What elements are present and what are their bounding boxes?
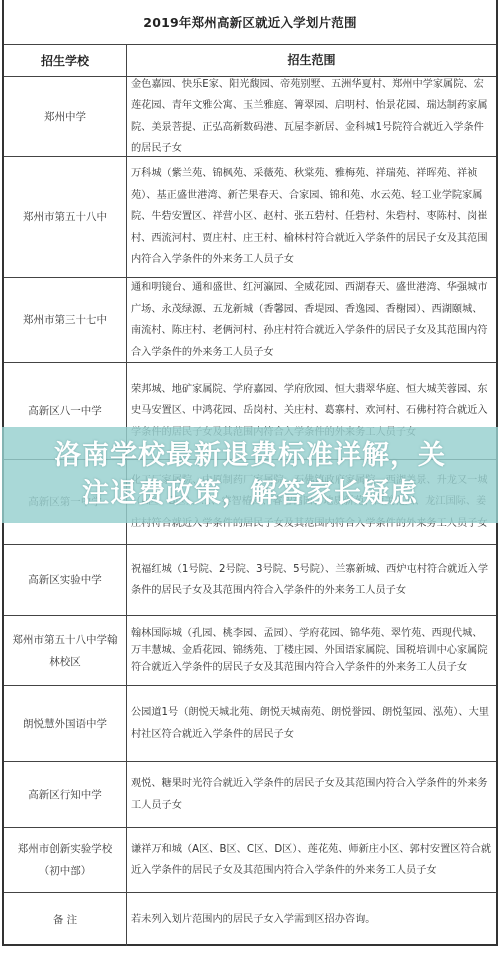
remarks-label: 备 注 xyxy=(4,893,127,946)
table-header-row: 招生学校 招生范围 xyxy=(4,45,496,77)
school-name: 郑州市第五十八中学翰林校区 xyxy=(4,616,127,685)
enrollment-range: 观悦、糖果时光符合就近入学条件的居民子女及其范围内符合入学条件的外来务工人员子女 xyxy=(127,762,496,827)
school-name: 朗悦慧外国语中学 xyxy=(4,686,127,761)
enrollment-range: 翰林国际城（孔园、桃李园、孟园）、学府花园、锦华苑、翠竹苑、西现代城、万丰慧城、… xyxy=(127,616,496,685)
overlay-banner: 洛南学校最新退费标准详解，关 注退费政策，解答家长疑虑 xyxy=(2,427,498,523)
table-row: 朗悦慧外国语中学 公园道1号（朗悦天城北苑、朗悦天城南苑、朗悦誉园、朗悦玺园、泓… xyxy=(4,686,496,762)
school-name: 郑州市第三十七中 xyxy=(4,278,127,362)
table-row: 高新区实验中学 祝福红城（1号院、2号院、3号院、5号院）、兰寨新城、西炉屯村符… xyxy=(4,545,496,616)
table-row: 高新区行知中学 观悦、糖果时光符合就近入学条件的居民子女及其范围内符合入学条件的… xyxy=(4,762,496,828)
enrollment-range: 金色嘉园、快乐E家、阳光馥园、帝苑别墅、五洲华夏村、郑州中学家属院、宏莲花园、青… xyxy=(127,77,496,156)
school-name: 郑州市创新实验学校（初中部） xyxy=(4,828,127,892)
school-name: 郑州市第五十八中 xyxy=(4,157,127,277)
school-name: 郑州中学 xyxy=(4,77,127,156)
table-row: 郑州市创新实验学校（初中部） 谦祥万和城（A区、B区、C区、D区）、莲花苑、师新… xyxy=(4,828,496,893)
banner-headline-line2: 注退费政策，解答家长疑虑 xyxy=(62,475,438,513)
enrollment-range: 万科城（紫兰苑、锦枫苑、采薇苑、秋棠苑、雅梅苑、祥瑞苑、祥晖苑、祥祯苑）、基正盛… xyxy=(127,157,496,277)
column-header-range: 招生范围 xyxy=(127,45,496,76)
enrollment-range: 公园道1号（朗悦天城北苑、朗悦天城南苑、朗悦誉园、朗悦玺园、泓苑）、大里村社区符… xyxy=(127,686,496,761)
enrollment-range: 谦祥万和城（A区、B区、C区、D区）、莲花苑、师新庄小区、郭村安置区符合就近入学… xyxy=(127,828,496,892)
table-row: 郑州中学 金色嘉园、快乐E家、阳光馥园、帝苑别墅、五洲华夏村、郑州中学家属院、宏… xyxy=(4,77,496,157)
enrollment-range: 通和明镜台、通和盛世、红河瀛园、全威花园、西湖春天、盛世港湾、华强城市广场、永茂… xyxy=(127,278,496,362)
enrollment-range: 祝福红城（1号院、2号院、3号院、5号院）、兰寨新城、西炉屯村符合就近入学条件的… xyxy=(127,545,496,615)
table-row-remarks: 备 注 若未列入划片范围内的居民子女入学需到区招办咨询。 xyxy=(4,893,496,946)
table-title: 2019年郑州高新区就近入学划片范围 xyxy=(4,0,496,45)
table-row: 郑州市第五十八中 万科城（紫兰苑、锦枫苑、采薇苑、秋棠苑、雅梅苑、祥瑞苑、祥晖苑… xyxy=(4,157,496,278)
table-row: 郑州市第三十七中 通和明镜台、通和盛世、红河瀛园、全威花园、西湖春天、盛世港湾、… xyxy=(4,278,496,363)
table-row: 郑州市第五十八中学翰林校区 翰林国际城（孔园、桃李园、孟园）、学府花园、锦华苑、… xyxy=(4,616,496,686)
school-name: 高新区实验中学 xyxy=(4,545,127,615)
column-header-school: 招生学校 xyxy=(4,45,127,76)
banner-headline-line1: 洛南学校最新退费标准详解，关 xyxy=(34,437,466,475)
school-name: 高新区行知中学 xyxy=(4,762,127,827)
remarks-text: 若未列入划片范围内的居民子女入学需到区招办咨询。 xyxy=(127,893,496,946)
